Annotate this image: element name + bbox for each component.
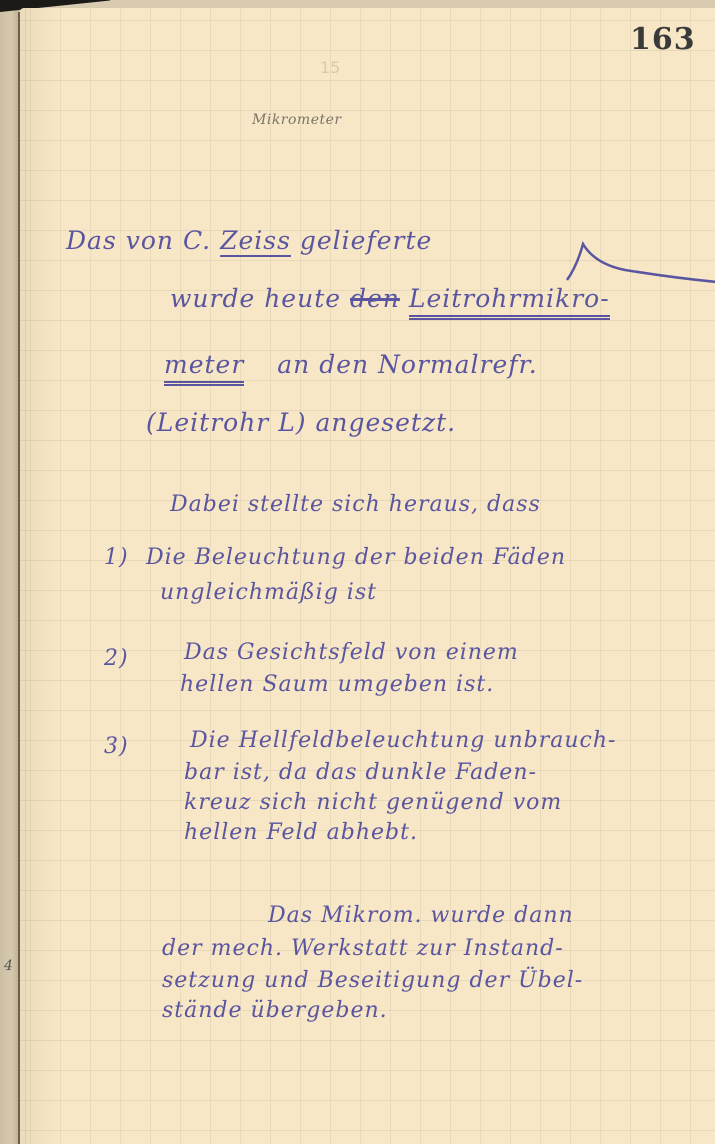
para1-line1-end: gelieferte xyxy=(300,226,432,255)
para1-line3: meter an den Normalrefr. xyxy=(164,350,538,379)
item2-number: 2) xyxy=(104,646,129,671)
item3-line4: hellen Feld abhebt. xyxy=(184,820,418,845)
para1-line4: (Leitrohr L) angesetzt. xyxy=(146,408,456,437)
item1-number: 1) xyxy=(104,545,129,570)
item1-line1: Die Beleuchtung der beiden Fäden xyxy=(146,545,566,570)
margin-mark: 4 xyxy=(4,958,13,974)
para1-line2-start: wurde heute xyxy=(170,284,341,313)
item3-line3: kreuz sich nicht genügend vom xyxy=(184,790,562,815)
meter-double-underlined: meter xyxy=(164,350,244,386)
faint-stamp-mark: 15 xyxy=(320,58,340,77)
para3-line4: stände übergeben. xyxy=(162,998,388,1023)
item3-number: 3) xyxy=(104,734,129,759)
pencil-heading: Mikrometer xyxy=(252,112,342,128)
para1-line3-end: an den Normalrefr. xyxy=(277,350,537,379)
item3-line1: Die Hellfeldbeleuchtung unbrauch- xyxy=(190,728,616,753)
zeiss-underlined: Zeiss xyxy=(220,226,291,255)
struck-word: den xyxy=(350,284,400,313)
para2-intro: Dabei stellte sich heraus, dass xyxy=(170,492,541,517)
item1-line2: ungleichmäßig ist xyxy=(160,580,377,605)
para3-line3: setzung und Beseitigung der Übel- xyxy=(162,968,583,993)
page-number: 163 xyxy=(630,22,696,57)
para1-line1: Das von C. Zeiss gelieferte xyxy=(66,226,432,255)
page-gutter xyxy=(18,12,20,1144)
para3-line1: Das Mikrom. wurde dann xyxy=(268,903,574,928)
insertion-caret-mark xyxy=(565,240,715,284)
para1-line1-start: Das von C. xyxy=(66,226,211,255)
notebook-scan: 163 15 Mikrometer Das von C. Zeiss gelie… xyxy=(0,0,715,1144)
notebook-page: 163 15 Mikrometer Das von C. Zeiss gelie… xyxy=(20,8,715,1144)
para3-line2: der mech. Werkstatt zur Instand- xyxy=(162,936,564,961)
leitrohrmikrometer-double-underlined: Leitrohrmikro- xyxy=(409,284,610,320)
item2-line2: hellen Saum umgeben ist. xyxy=(180,672,494,697)
item2-line1: Das Gesichtsfeld von einem xyxy=(184,640,519,665)
item3-line2: bar ist, da das dunkle Faden- xyxy=(184,760,537,785)
para1-line2: wurde heute den Leitrohrmikro- xyxy=(170,284,610,313)
